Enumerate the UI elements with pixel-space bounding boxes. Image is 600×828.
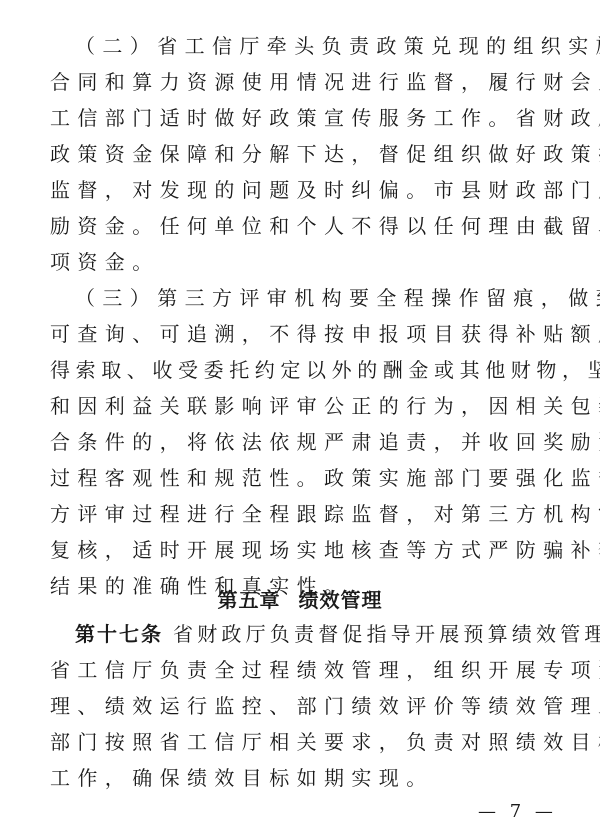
article-label: 第十七条 [75,622,163,646]
chapter-number: 第五章 [218,588,281,612]
article-text: 省财政厅负责督促指导开展预算绩效管理工作。 [173,622,600,646]
paragraph-line: 理、绩效运行监控、部门绩效评价等绩效管理工作。市县工信 [50,692,550,720]
paragraph-line: 励资金。任何单位和个人不得以任何理由截留、挤占或挪用专 [50,212,550,240]
paragraph-line: 和因利益关联影响评审公正的行为，因相关包装行为导致不符 [50,392,550,420]
paragraph-line: 政策资金保障和分解下达，督促组织做好政策执行情况的财会 [50,140,550,168]
paragraph-line: 方评审过程进行全程跟踪监督，对第三方机构审核的结果进行 [50,500,550,528]
page-number: — 7 — [478,801,557,823]
paragraph-line: 项资金。 [50,248,550,276]
chapter-heading: 第五章绩效管理 [0,586,600,614]
paragraph-line: （二）省工信厅牵头负责政策兑现的组织实施，对算力服务 [75,32,575,60]
chapter-title: 绩效管理 [299,588,383,612]
paragraph-line: 合条件的，将依法依规严肃追责，并收回奖励资金，确保评审 [50,428,550,456]
paragraph-line: 监督，对发现的问题及时纠偏。市县财政部门应当及时拨付奖 [50,176,550,204]
paragraph-line: 部门按照省工信厅相关要求，负责对照绩效目标做好绩效评价 [50,728,550,756]
paragraph-line: 得索取、收受委托约定以外的酬金或其他财物，坚决遏制“掮客” [50,356,550,384]
paragraph-line: 工信部门适时做好政策宣传服务工作。省财政厅负责统筹做好 [50,104,550,132]
paragraph-line: 复核，适时开展现场实地核查等方式严防骗补套补，确保评审 [50,536,550,564]
paragraph-line: 工作，确保绩效目标如期实现。 [50,764,550,792]
document-page: （二）省工信厅牵头负责政策兑现的组织实施，对算力服务 合同和算力资源使用情况进行… [0,0,600,828]
paragraph-line: 可查询、可追溯，不得按申报项目获得补贴额度收取提成，不 [50,320,550,348]
paragraph-line: 过程客观性和规范性。政策实施部门要强化监督管理，对第三 [50,464,550,492]
article-first-line: 第十七条省财政厅负责督促指导开展预算绩效管理工作。 [75,620,575,648]
paragraph-line: 省工信厅负责全过程绩效管理，组织开展专项资金绩效目标管 [50,656,550,684]
paragraph-line: （三）第三方评审机构要全程操作留痕，做到相关操作记录 [75,284,575,312]
paragraph-line: 合同和算力资源使用情况进行监督，履行财会监督责任。市县 [50,68,550,96]
